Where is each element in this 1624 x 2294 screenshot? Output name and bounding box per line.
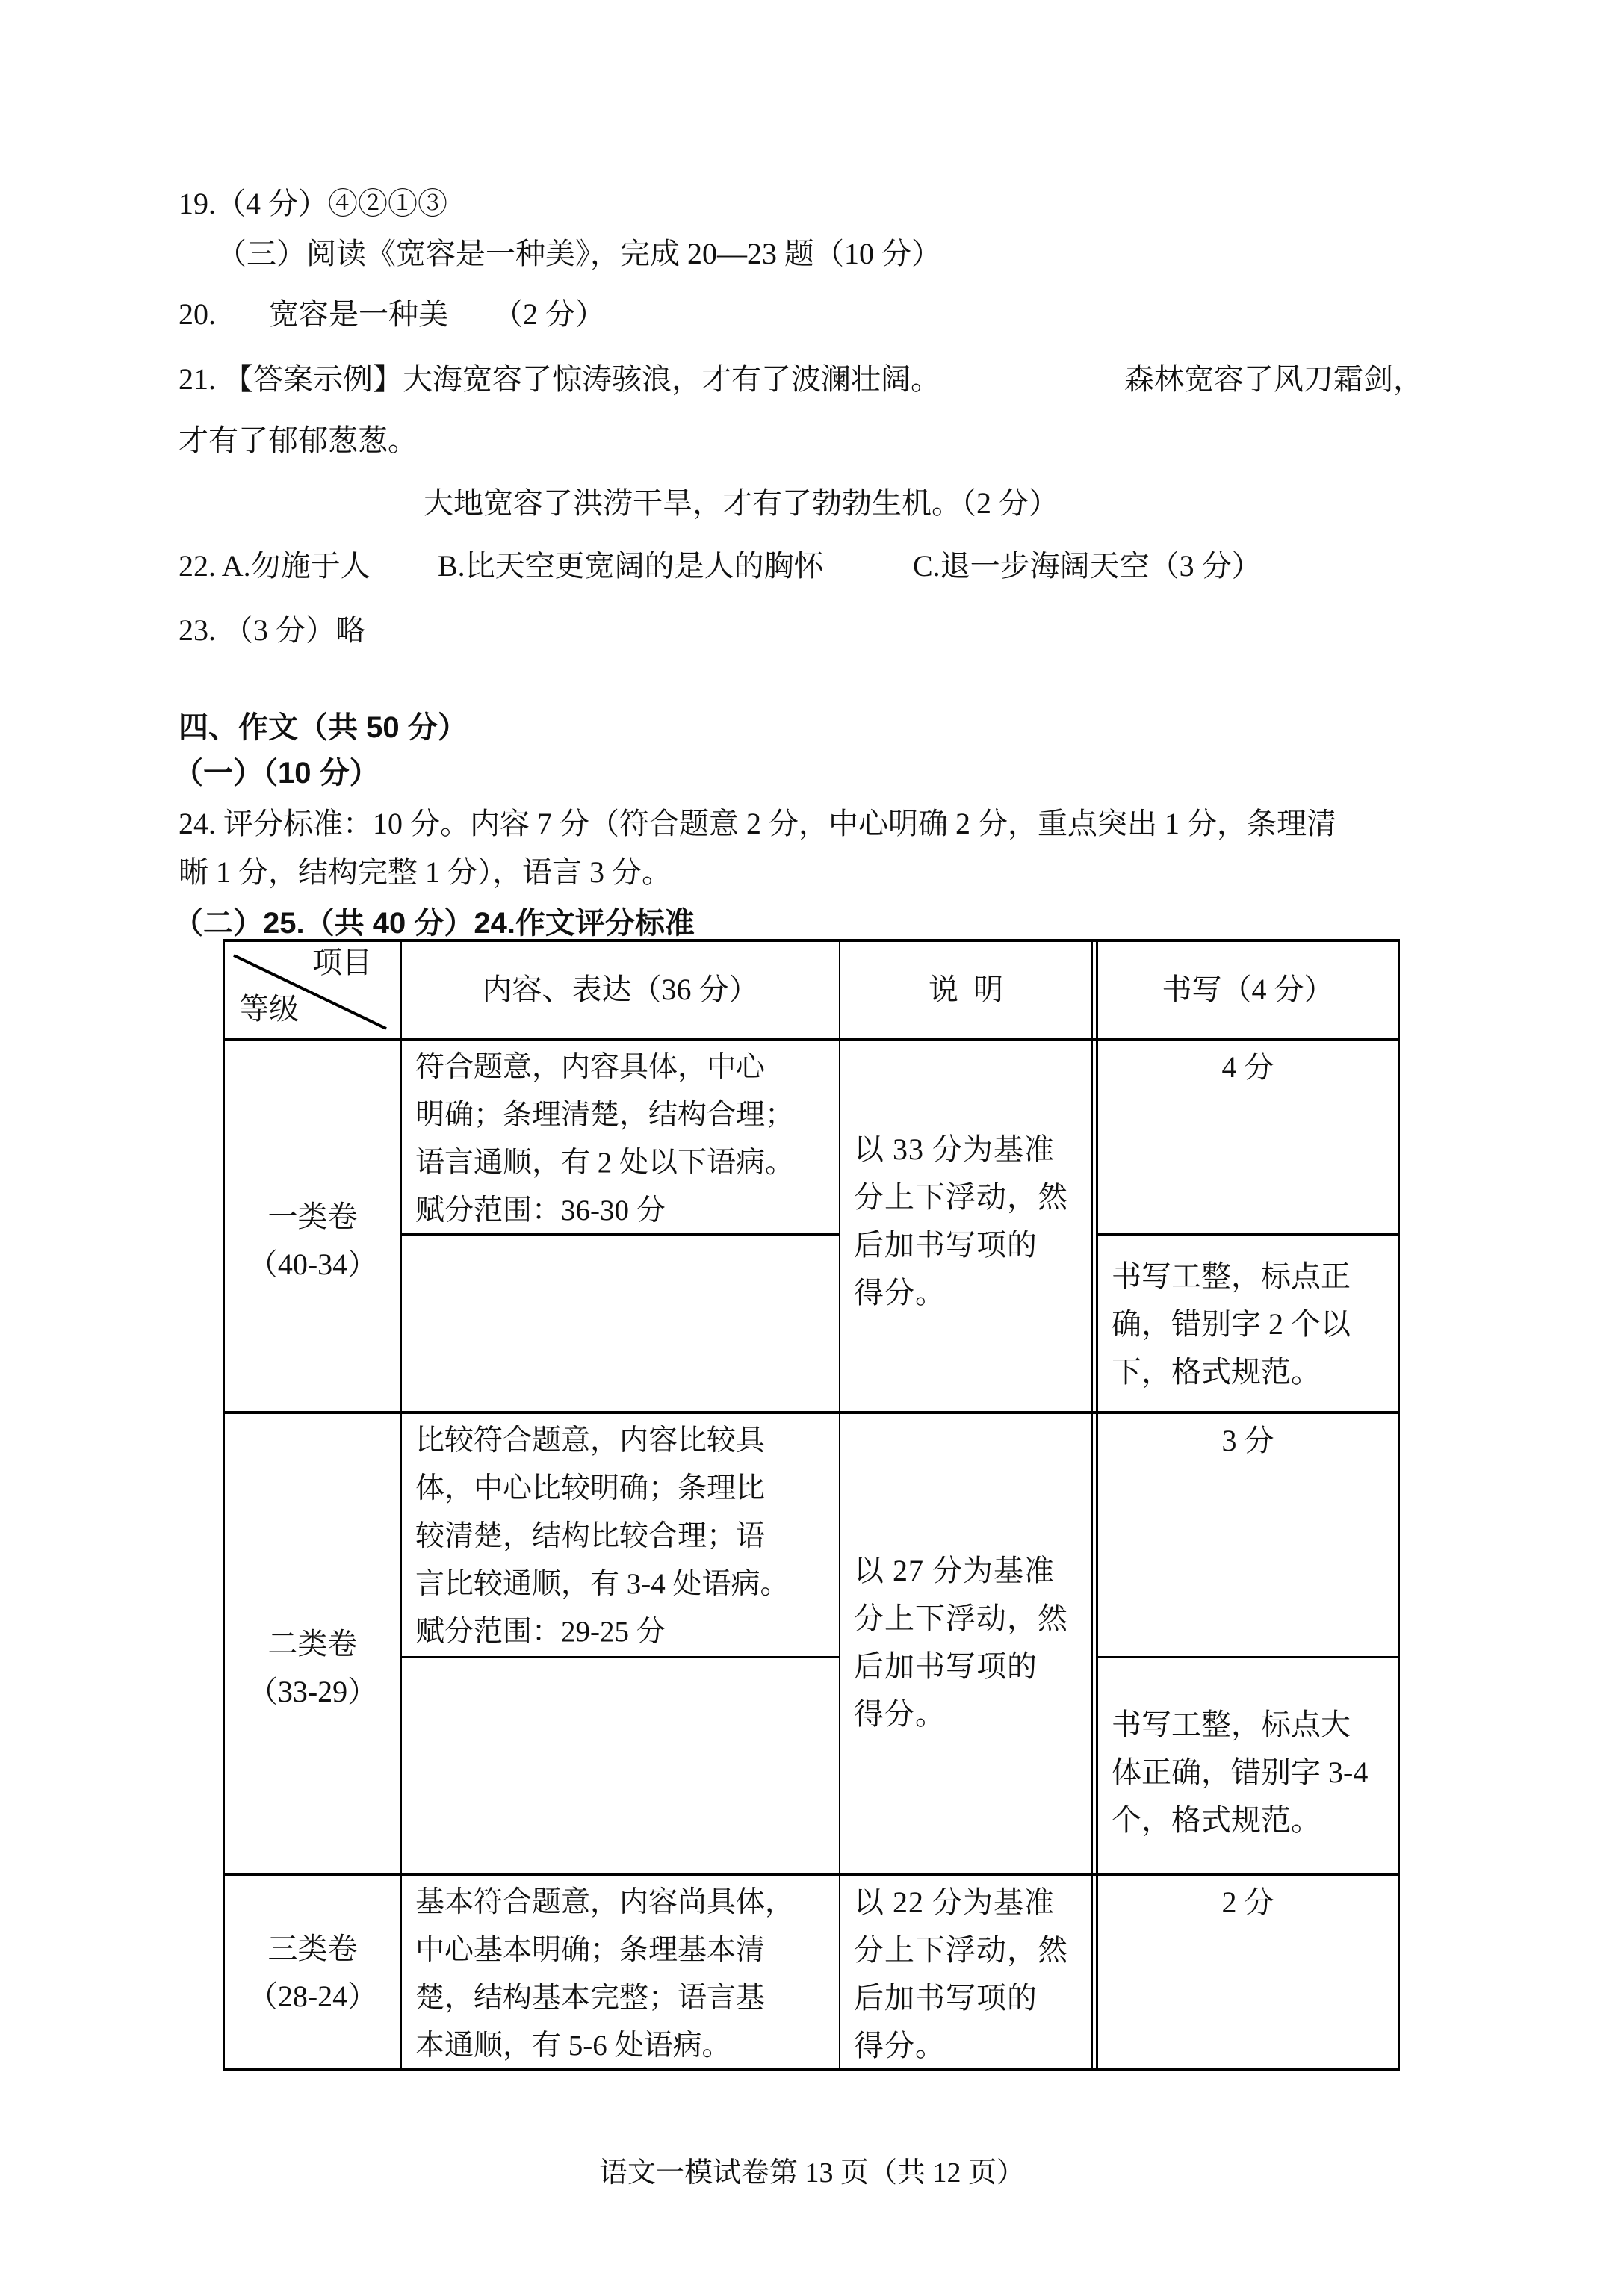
grading-table: 项目 等级 内容、表达（36 分） 说 明 书写（4 分） 一类卷 （40-34… (223, 939, 1400, 2071)
row1-range: （40-34） (225, 1241, 400, 1289)
row2-writing-desc: 书写工整，标点大 体正确，错别字 3-4 个，格式规范。 (1112, 1701, 1368, 1844)
answer-20-score: （2 分） (493, 297, 605, 332)
answer-21-line1b: 森林宽容了风刀霜剑， (1124, 362, 1423, 397)
row2-note: 以 27 分为基准 分上下浮动，然 后加书写项的 得分。 (854, 1547, 1068, 1738)
row2-range: （33-29） (225, 1668, 400, 1716)
answer-22-c: C.退一步海阔天空（3 分） (913, 548, 1262, 584)
row1-bottom-line (223, 1411, 1400, 1414)
table-border-right (1398, 939, 1400, 2071)
row2-writing-subdivider (1096, 1656, 1400, 1658)
row3-writing-score: 2 分 (1098, 1879, 1398, 1926)
row1-writing-subdivider (1096, 1233, 1400, 1236)
answer-21-line2: 才有了郁郁葱葱。 (179, 423, 418, 459)
answer-20-text: 宽容是一种美 (269, 297, 448, 332)
answer-23: 23. （3 分）略 (179, 613, 365, 648)
page-footer: 语文一模试卷第 13 页（共 12 页） (0, 2155, 1624, 2191)
answer-22-b: B.比天空更宽阔的是人的胸怀 (438, 548, 824, 584)
header-corner-item: 项目 (312, 940, 372, 985)
header-corner-grade: 等级 (239, 987, 299, 1032)
composition-heading: 四、作文（共 50 分） (179, 710, 468, 745)
col-divider-1 (400, 939, 402, 2071)
table-border-bottom (223, 2068, 1400, 2071)
row2-content-subdivider (400, 1656, 840, 1658)
header-content: 内容、表达（36 分） (402, 966, 839, 1014)
row2-bottom-line (223, 1873, 1400, 1876)
header-note: 说 明 (840, 966, 1091, 1014)
table-border-left (223, 939, 225, 2071)
row2-grade: 二类卷 (225, 1620, 400, 1668)
answer-21-line1a: 21. 【答案示例】大海宽容了惊涛骇浪，才有了波澜壮阔。 (179, 362, 940, 397)
q24-criteria-line1: 24. 评分标准：10 分。内容 7 分（符合题意 2 分，中心明确 2 分，重… (179, 806, 1336, 842)
answer-19: 19.（4 分）④②①③ (179, 186, 447, 222)
section-3-heading: （三）阅读《宽容是一种美》，完成 20—23 题（10 分） (217, 236, 941, 272)
row3-grade: 三类卷 (225, 1925, 400, 1973)
composition-part1-heading: （一）（10 分） (173, 755, 379, 791)
col-divider-2 (839, 939, 840, 2071)
answer-20-number: 20. (179, 297, 216, 332)
row2-content: 比较符合题意，内容比较具 体，中心比较明确；条理比 较清楚，结构比较合理；语 言… (415, 1417, 790, 1656)
row3-content: 基本符合题意，内容尚具体， 中心基本明确；条理基本清 楚，结构基本完整；语言基 … (415, 1879, 794, 2070)
q24-criteria-line2: 晰 1 分，结构完整 1 分），语言 3 分。 (179, 855, 672, 890)
row2-writing-score: 3 分 (1098, 1417, 1398, 1465)
row1-note: 以 33 分为基准 分上下浮动，然 后加书写项的 得分。 (854, 1126, 1068, 1317)
row1-content: 符合题意，内容具体，中心 明确；条理清楚，结构合理； 语言通顺，有 2 处以下语… (415, 1044, 794, 1235)
row1-grade: 一类卷 (225, 1193, 400, 1241)
row1-writing-score: 4 分 (1098, 1044, 1398, 1091)
row3-range: （28-24） (225, 1973, 400, 2021)
row1-writing-desc: 书写工整，标点正 确，错别字 2 个以 下，格式规范。 (1112, 1253, 1351, 1396)
row3-note: 以 22 分为基准 分上下浮动，然 后加书写项的 得分。 (854, 1879, 1068, 2070)
col-divider-double-a (1091, 939, 1093, 2071)
header-writing: 书写（4 分） (1098, 966, 1398, 1014)
answer-21-line3: 大地宽容了洪涝干旱，才有了勃勃生机。（2 分） (424, 486, 1059, 521)
composition-part2-heading: （二）25.（共 40 分）24.作文评分标准 (173, 905, 695, 941)
answer-22-a: 22. A.勿施于人 (179, 548, 371, 584)
